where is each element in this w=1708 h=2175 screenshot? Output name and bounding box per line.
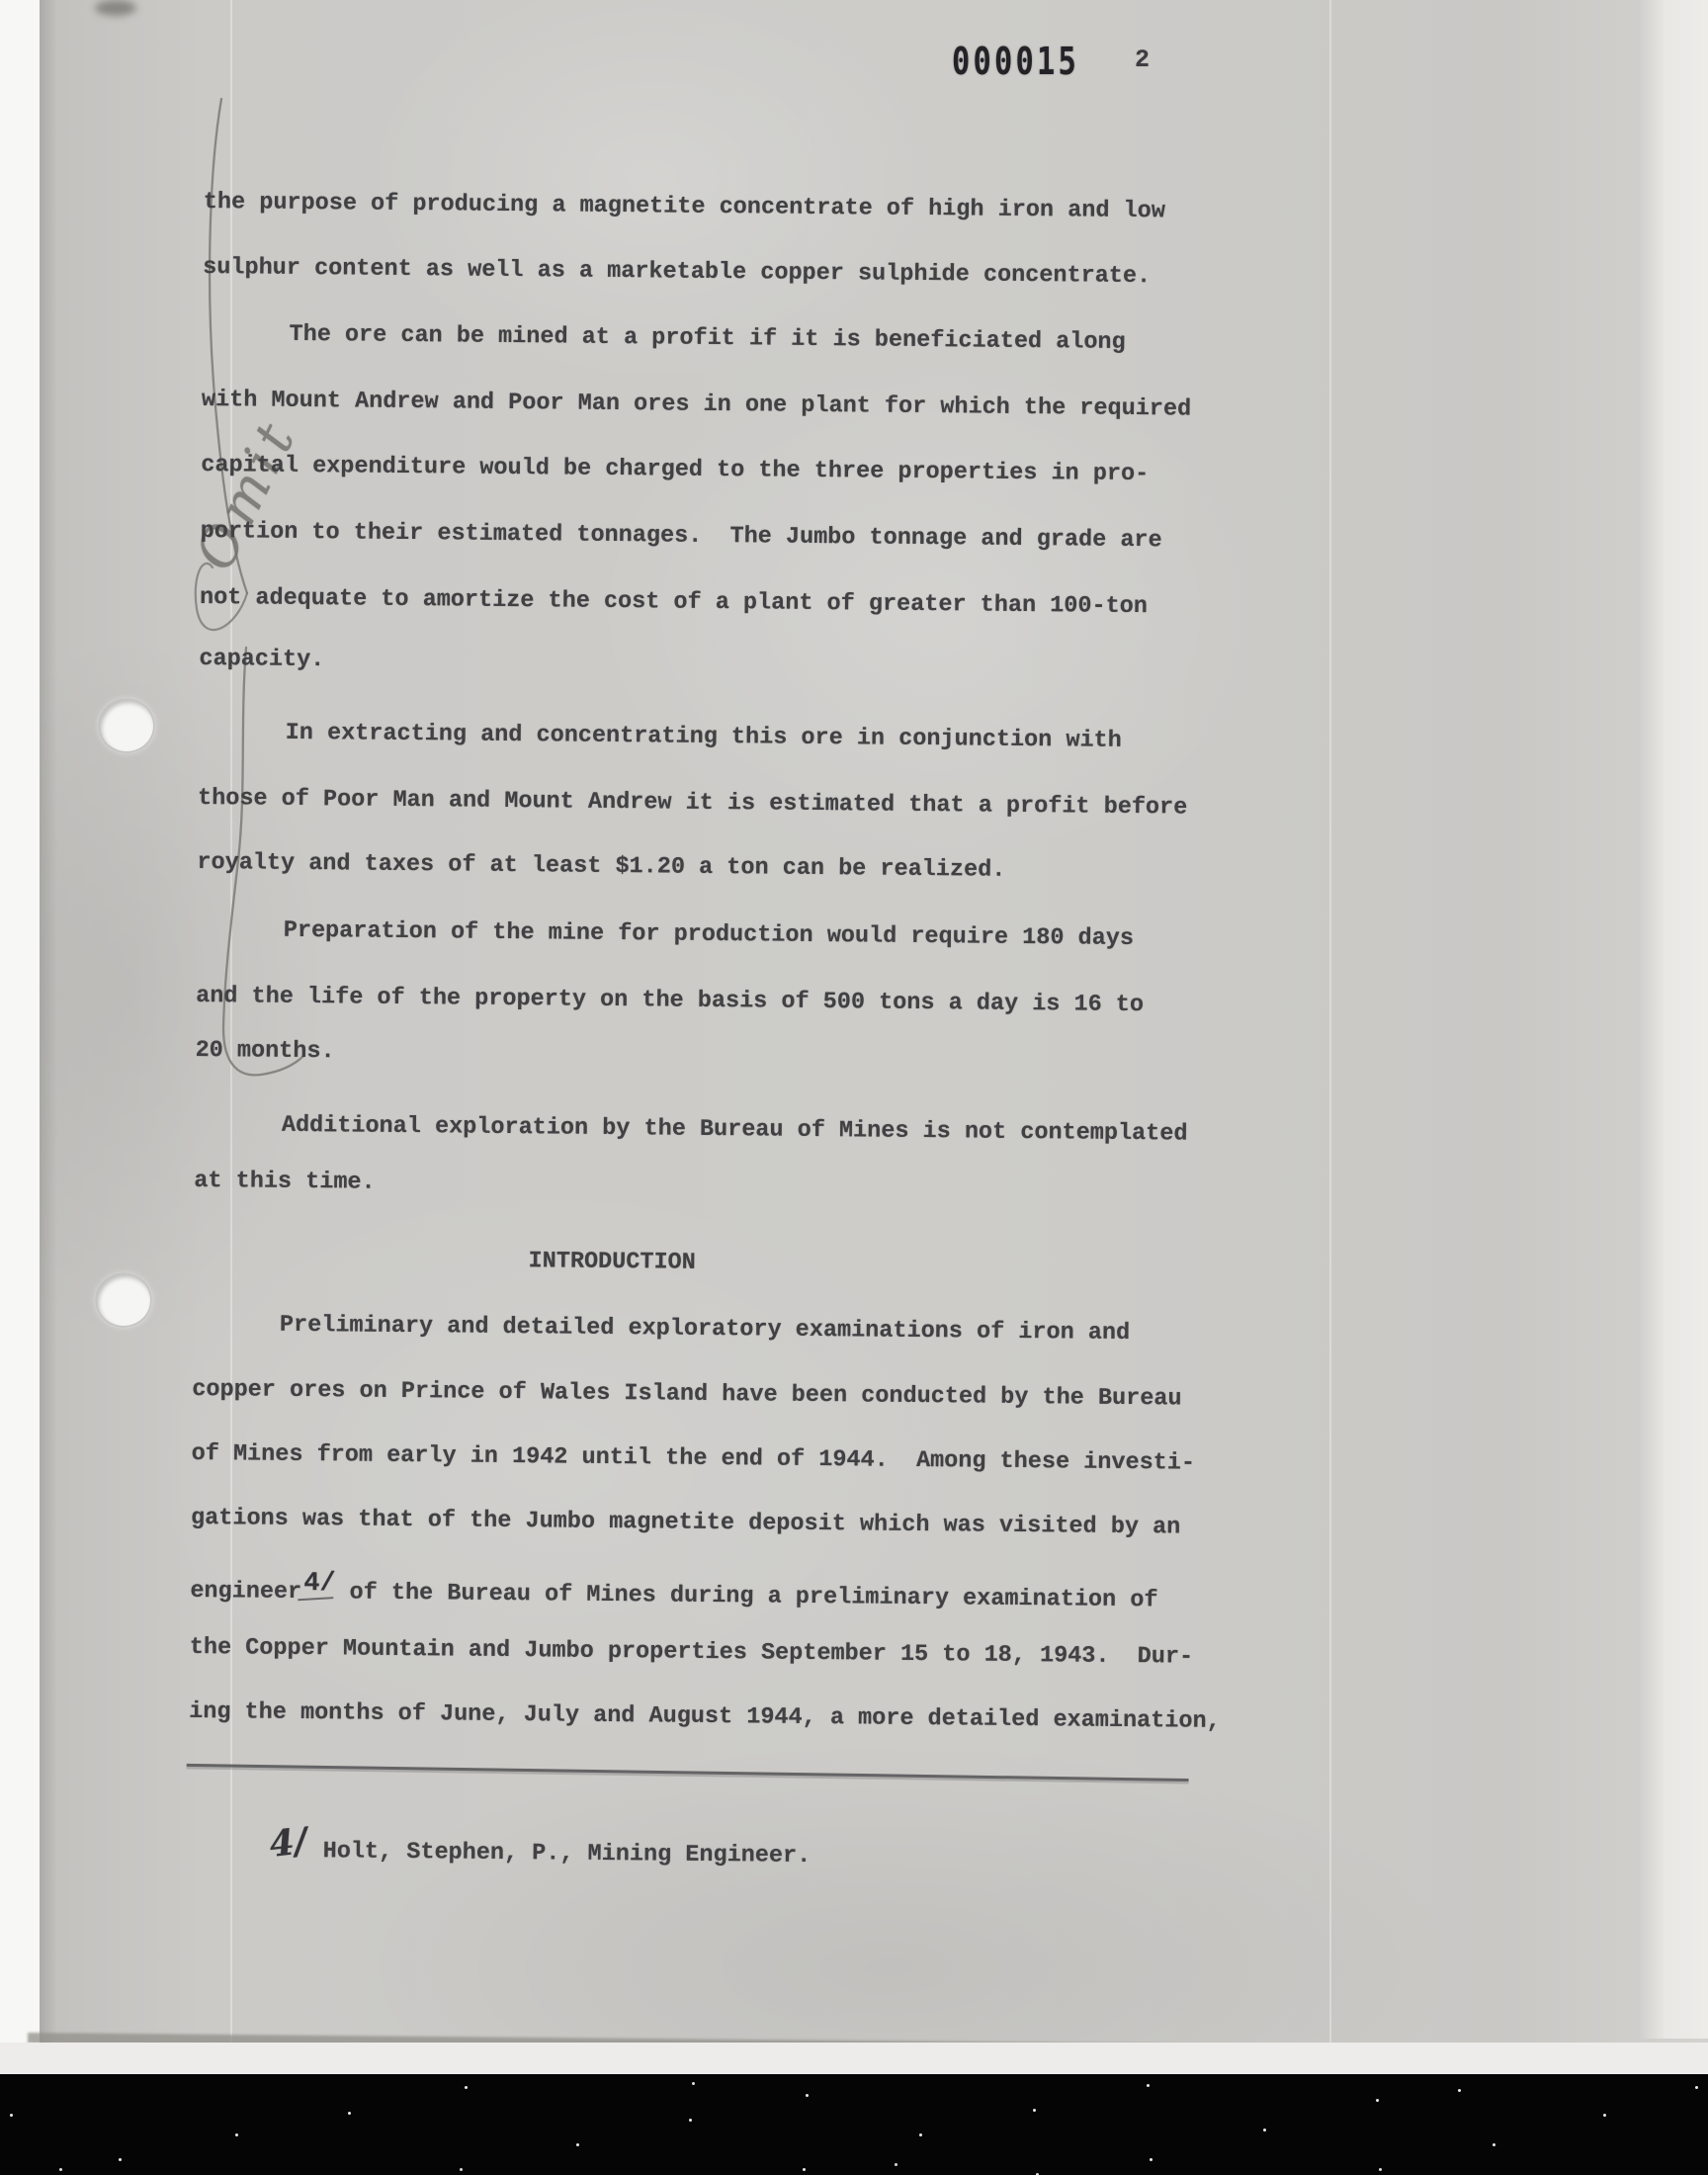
typed-line: gations was that of the Jumbo magnetite … <box>191 1504 1181 1543</box>
typed-line: capital expenditure would be charged to … <box>201 451 1149 489</box>
scanned-page: Omit 000015 2 INTRODUCTION 4/Holt, Steph… <box>0 0 1708 2175</box>
typed-word: engineer <box>190 1578 301 1606</box>
film-specks <box>0 2074 3 2077</box>
typed-line: the Copper Mountain and Jumbo properties… <box>190 1633 1194 1673</box>
footnote: 4/Holt, Stephen, P., Mining Engineer. <box>185 1799 811 1901</box>
typed-line: In extracting and concentrating this ore… <box>286 719 1122 756</box>
typed-text-block: INTRODUCTION 4/Holt, Stephen, P., Mining… <box>0 0 1708 2059</box>
scanner-bed-strip <box>0 2043 1708 2076</box>
typed-text: of the Bureau of Mines during a prelimin… <box>349 1579 1157 1613</box>
footnote-reference-number: 4/ <box>303 1569 336 1599</box>
typed-line: at this time. <box>194 1167 376 1198</box>
section-heading: INTRODUCTION <box>528 1247 696 1278</box>
footnote-reference: 4/ <box>303 1569 336 1608</box>
typed-line: sulphur content as well as a marketable … <box>203 253 1151 292</box>
typed-line: ing the months of June, July and August … <box>189 1697 1221 1737</box>
typed-line: not adequate to amortize the cost of a p… <box>200 583 1148 622</box>
typed-line: copper ores on Prince of Wales Island ha… <box>192 1375 1182 1415</box>
typed-line: Preliminary and detailed exploratory exa… <box>280 1311 1130 1348</box>
typed-line: 20 months. <box>195 1036 334 1067</box>
footnote-text: Holt, Stephen, P., Mining Engineer. <box>323 1838 811 1870</box>
typed-line: Additional exploration by the Bureau of … <box>282 1111 1188 1150</box>
typed-line: capacity. <box>199 645 324 675</box>
footnote-separator-rule <box>187 1764 1189 1782</box>
typed-line: and the life of the property on the basi… <box>196 982 1144 1020</box>
typed-line: portion to their estimated tonnages. The… <box>201 517 1162 556</box>
footnote-marker: 4/ <box>268 1826 308 1860</box>
typed-line: the purpose of producing a magnetite con… <box>204 188 1165 226</box>
typed-line: with Mount Andrew and Poor Man ores in o… <box>202 386 1192 425</box>
typed-line: Preparation of the mine for production w… <box>284 916 1134 954</box>
typed-line: royalty and taxes of at least $1.20 a to… <box>197 848 1005 886</box>
typed-line: The ore can be mined at a profit if it i… <box>289 320 1125 358</box>
typed-line: engineer4/of the Bureau of Mines during … <box>190 1568 1158 1615</box>
typed-line: those of Poor Man and Mount Andrew it is… <box>198 784 1188 824</box>
typed-line: of Mines from early in 1942 until the en… <box>192 1439 1196 1479</box>
film-edge-band <box>0 2074 1708 2175</box>
